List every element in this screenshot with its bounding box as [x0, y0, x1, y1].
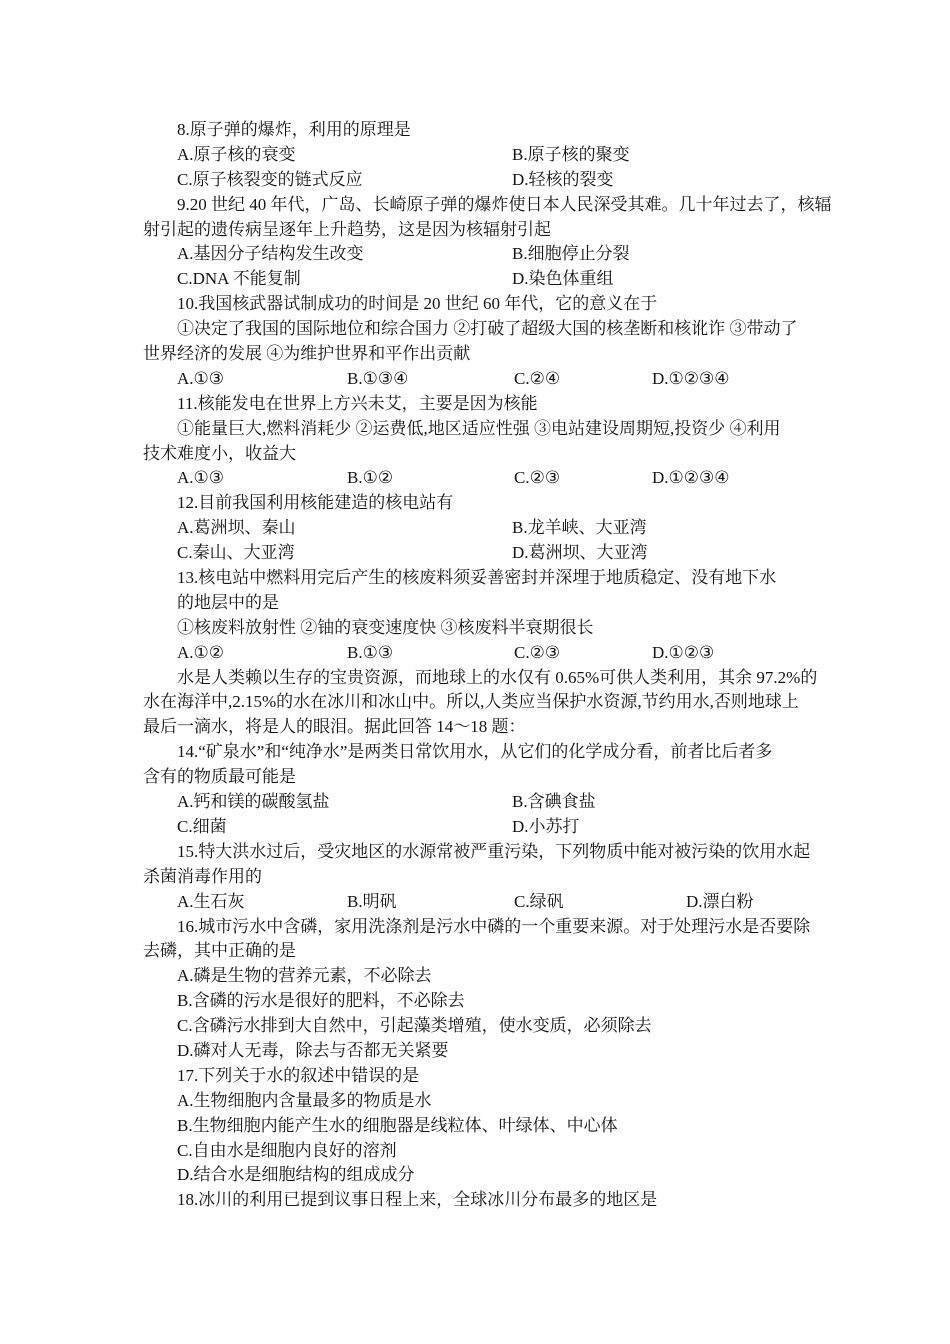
option-cell: C.秦山、大亚湾	[177, 541, 512, 566]
text-line: 15.特大洪水过后，受灾地区的水源常被严重污染，下列物质中能对被污染的饮用水起	[143, 840, 857, 865]
option-cell: C.细菌	[177, 815, 512, 840]
text-line: 水是人类赖以生存的宝贵资源，而地球上的水仅有 0.65%可供人类利用，其余 97…	[143, 666, 857, 691]
option-cell: C.绿矾	[514, 890, 686, 915]
text-line: 含有的物质最可能是	[143, 765, 857, 790]
text-line: 12.目前我国利用核能建造的核电站有	[143, 491, 857, 516]
option-cell: A.生石灰	[177, 890, 347, 915]
option-cell: B.①②	[347, 466, 514, 491]
option-cell: C.②③	[514, 466, 652, 491]
option-row: C.秦山、大亚湾D.葛洲坝、大亚湾	[143, 541, 857, 566]
option-cell: B.细胞停止分裂	[512, 242, 630, 267]
option-cell: B.原子核的聚变	[512, 143, 630, 168]
text-line: 16.城市污水中含磷，家用洗涤剂是污水中磷的一个重要来源。对于处理污水是否要除	[143, 915, 857, 940]
option-row: A.基因分子结构发生改变B.细胞停止分裂	[143, 242, 857, 267]
option-cell: A.基因分子结构发生改变	[177, 242, 512, 267]
option-row: A.生石灰B.明矾C.绿矾D.漂白粉	[143, 890, 857, 915]
text-line: A.磷是生物的营养元素，不必除去	[143, 964, 857, 989]
text-line: C.含磷污水排到大自然中，引起藻类增殖，使水变质，必须除去	[143, 1014, 857, 1039]
option-cell: D.染色体重组	[512, 267, 614, 292]
option-cell: D.小苏打	[512, 815, 580, 840]
option-cell: A.①③	[177, 466, 347, 491]
option-cell: A.葛洲坝、秦山	[177, 516, 512, 541]
text-line: 10.我国核武器试制成功的时间是 20 世纪 60 年代，它的意义在于	[143, 292, 857, 317]
option-cell: D.漂白粉	[686, 890, 754, 915]
exam-page: 8.原子弹的爆炸，利用的原理是A.原子核的衰变B.原子核的聚变C.原子核裂变的链…	[0, 0, 950, 1344]
option-cell: B.明矾	[347, 890, 514, 915]
text-line: 世界经济的发展 ④为维护世界和平作出贡献	[143, 342, 857, 367]
option-cell: C.②④	[514, 367, 652, 392]
text-line: 的地层中的是	[143, 591, 857, 616]
text-line: 17.下列关于水的叙述中错误的是	[143, 1064, 857, 1089]
option-cell: B.①③	[347, 641, 514, 666]
option-row: A.原子核的衰变B.原子核的聚变	[143, 143, 857, 168]
text-line: 13.核电站中燃料用完后产生的核废料须妥善密封并深埋于地质稳定、没有地下水	[143, 566, 857, 591]
text-line: 14.“矿泉水”和“纯净水”是两类日常饮用水，从它们的化学成分看，前者比后者多	[143, 740, 857, 765]
option-cell: D.①②③④	[652, 466, 730, 491]
option-row: A.①③B.①②C.②③D.①②③④	[143, 466, 857, 491]
text-line: 技术难度小，收益大	[143, 442, 857, 467]
option-cell: D.①②③④	[652, 367, 730, 392]
page-content: 8.原子弹的爆炸，利用的原理是A.原子核的衰变B.原子核的聚变C.原子核裂变的链…	[143, 118, 857, 1213]
option-cell: D.轻核的裂变	[512, 168, 614, 193]
text-line: 射引起的遗传病呈逐年上升趋势，这是因为核辐射引起	[143, 218, 857, 243]
text-line: ①决定了我国的国际地位和综合国力 ②打破了超级大国的核垄断和核讹诈 ③带动了	[143, 317, 857, 342]
option-row: A.葛洲坝、秦山B.龙羊峡、大亚湾	[143, 516, 857, 541]
text-line: ①核废料放射性 ②铀的衰变速度快 ③核废料半衰期很长	[143, 616, 857, 641]
text-line: D.磷对人无毒，除去与否都无关紧要	[143, 1039, 857, 1064]
option-cell: A.原子核的衰变	[177, 143, 512, 168]
text-line: 杀菌消毒作用的	[143, 865, 857, 890]
option-cell: B.①③④	[347, 367, 514, 392]
option-cell: D.①②③	[652, 641, 714, 666]
option-cell: B.龙羊峡、大亚湾	[512, 516, 647, 541]
text-line: 最后一滴水，将是人的眼泪。据此回答 14～18 题：	[143, 715, 857, 740]
text-line: B.生物细胞内能产生水的细胞器是线粒体、叶绿体、中心体	[143, 1114, 857, 1139]
option-row: A.①②B.①③C.②③D.①②③	[143, 641, 857, 666]
text-line: 18.冰川的利用已提到议事日程上来，全球冰川分布最多的地区是	[143, 1188, 857, 1213]
text-line: C.自由水是细胞内良好的溶剂	[143, 1139, 857, 1164]
option-cell: B.含碘食盐	[512, 790, 596, 815]
text-line: A.生物细胞内含量最多的物质是水	[143, 1089, 857, 1114]
text-line: 水在海洋中,2.15%的水在冰川和冰山中。所以,人类应当保护水资源,节约用水,否…	[143, 690, 857, 715]
option-cell: C.DNA 不能复制	[177, 267, 512, 292]
text-line: 11.核能发电在世界上方兴未艾，主要是因为核能	[143, 392, 857, 417]
option-cell: A.钙和镁的碳酸氢盐	[177, 790, 512, 815]
option-row: C.DNA 不能复制D.染色体重组	[143, 267, 857, 292]
option-row: C.原子核裂变的链式反应D.轻核的裂变	[143, 168, 857, 193]
option-row: C.细菌D.小苏打	[143, 815, 857, 840]
option-cell: D.葛洲坝、大亚湾	[512, 541, 648, 566]
text-line: 8.原子弹的爆炸，利用的原理是	[143, 118, 857, 143]
text-line: ①能量巨大,燃料消耗少 ②运费低,地区适应性强 ③电站建设周期短,投资少 ④利用	[143, 417, 857, 442]
text-line: D.结合水是细胞结构的组成成分	[143, 1163, 857, 1188]
text-line: 9.20 世纪 40 年代，广岛、长崎原子弹的爆炸使日本人民深受其难。几十年过去…	[143, 193, 857, 218]
option-row: A.钙和镁的碳酸氢盐B.含碘食盐	[143, 790, 857, 815]
text-line: B.含磷的污水是很好的肥料，不必除去	[143, 989, 857, 1014]
option-row: A.①③B.①③④C.②④D.①②③④	[143, 367, 857, 392]
option-cell: A.①②	[177, 641, 347, 666]
text-line: 去磷，其中正确的是	[143, 939, 857, 964]
option-cell: C.原子核裂变的链式反应	[177, 168, 512, 193]
option-cell: A.①③	[177, 367, 347, 392]
option-cell: C.②③	[514, 641, 652, 666]
